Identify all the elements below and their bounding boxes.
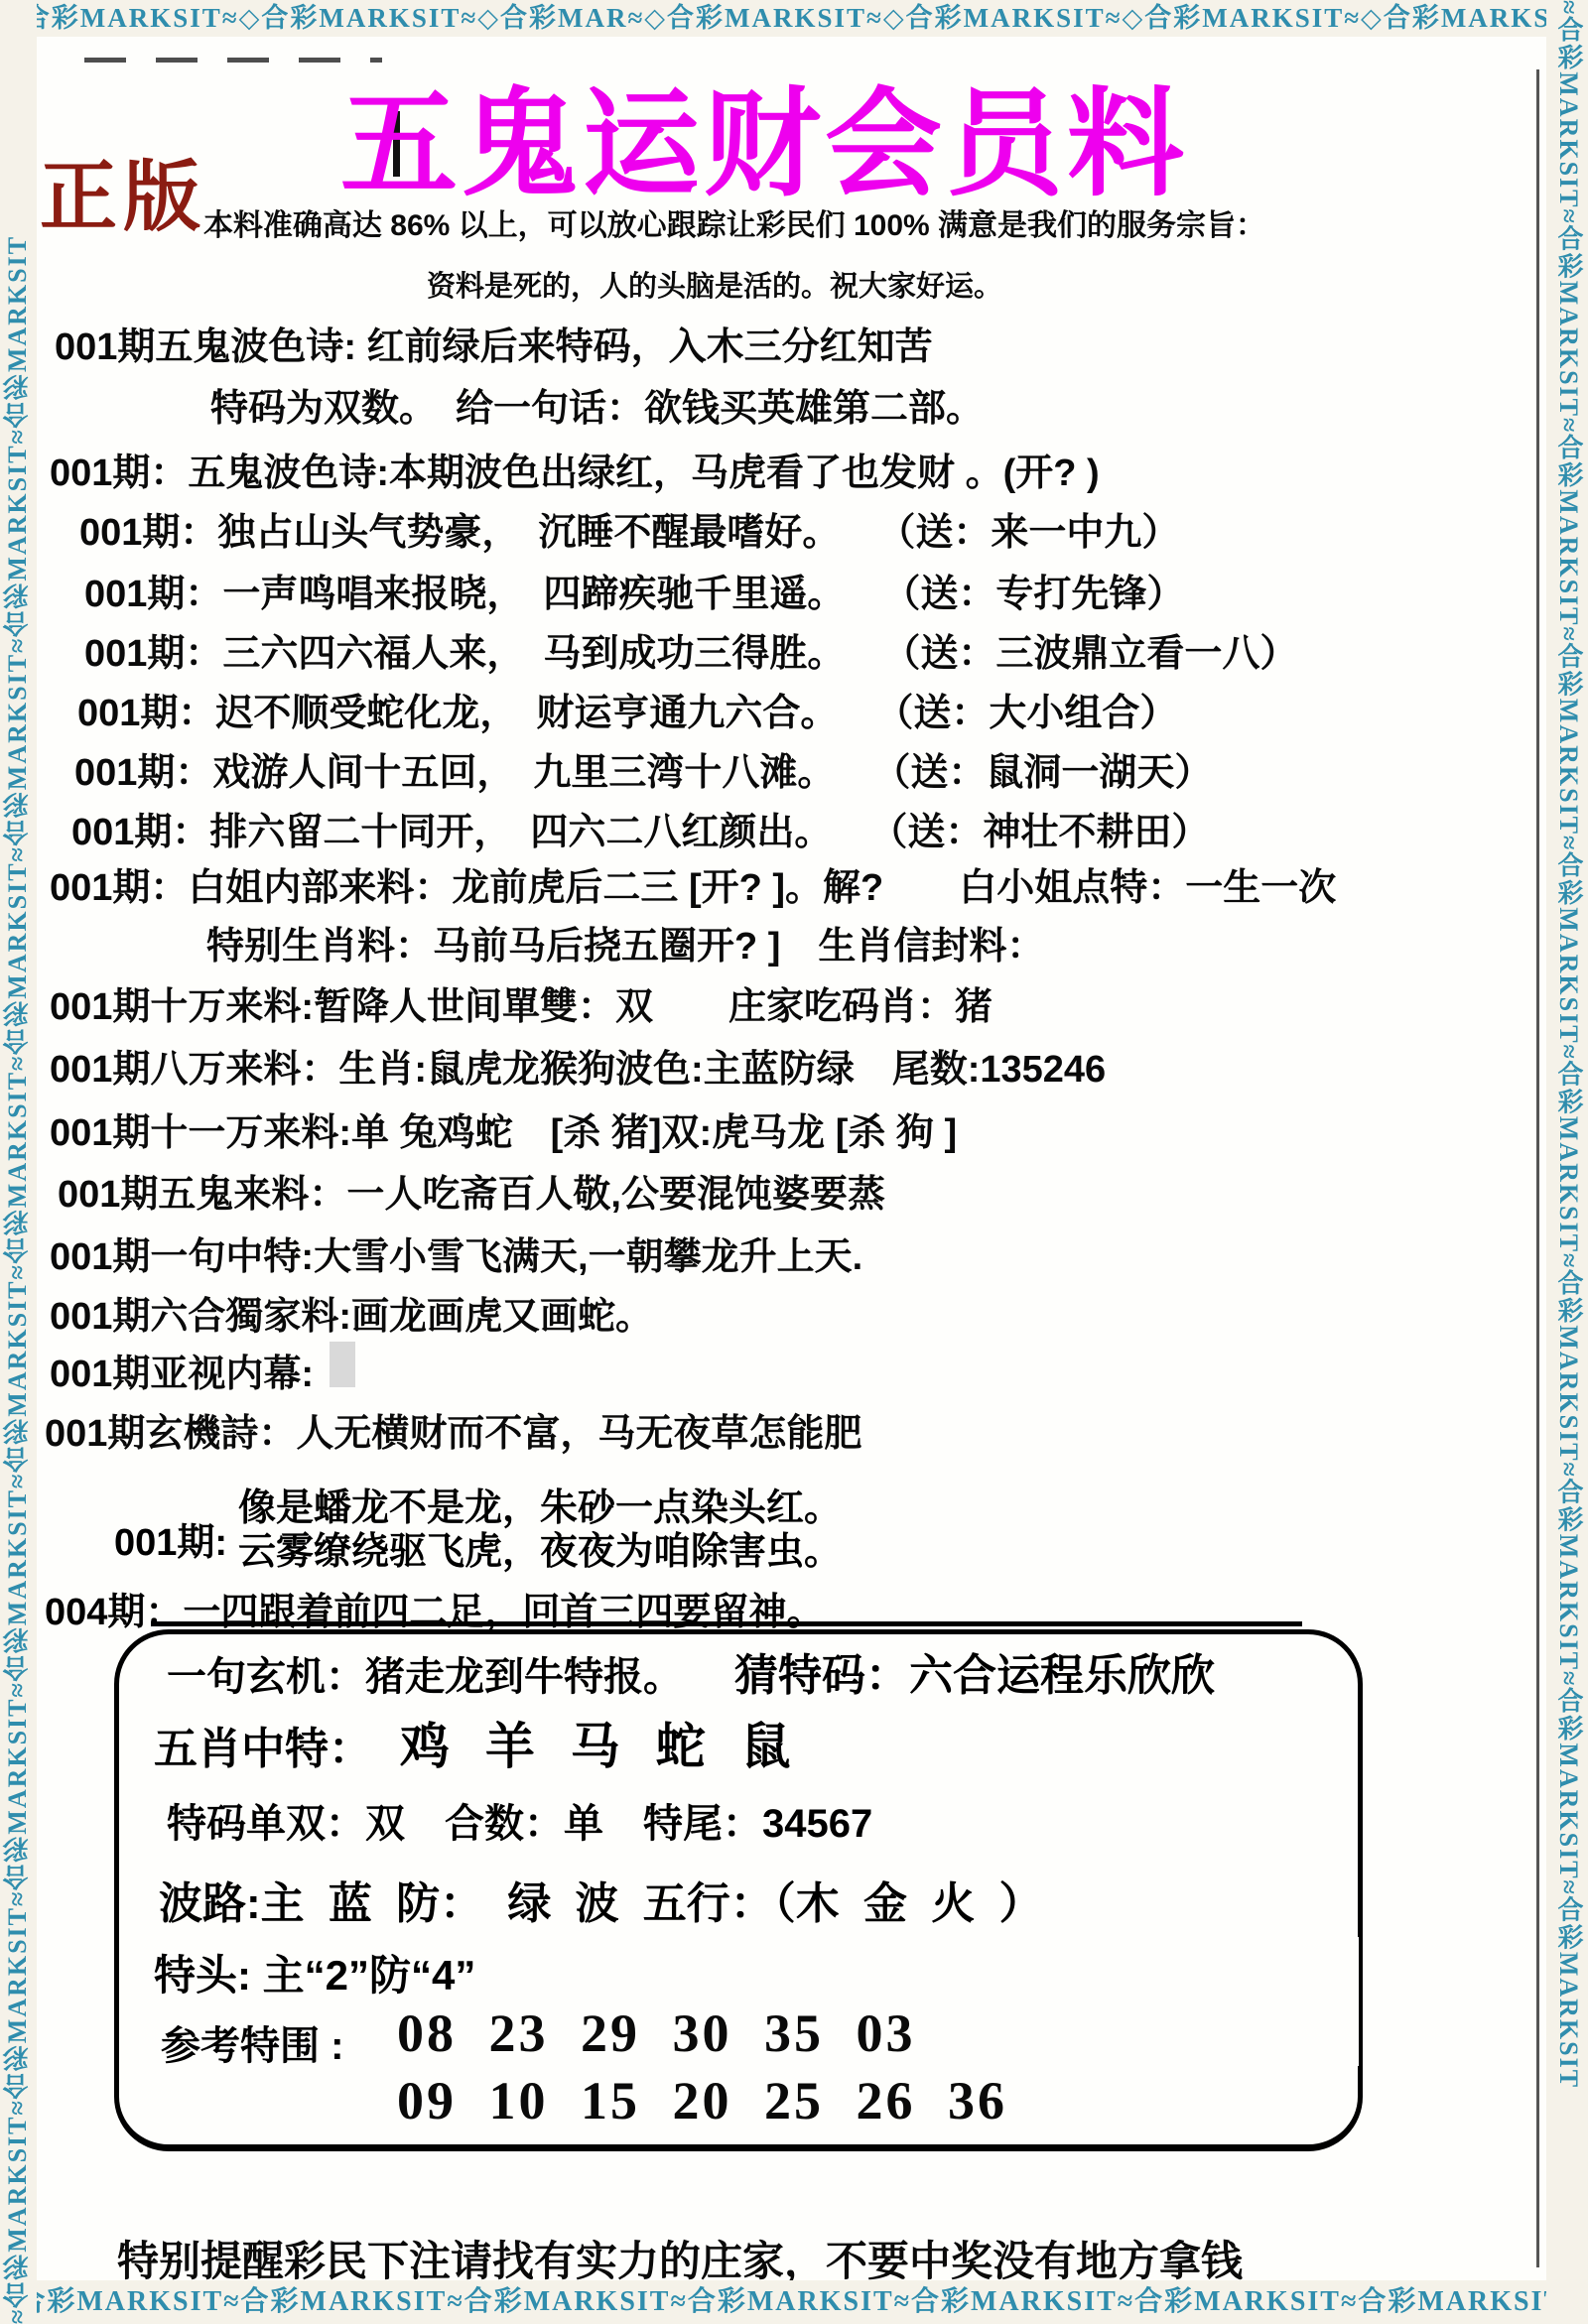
tip-row-boseshi2: 001期：五鬼波色诗:本期波色出绿红，马虎看了也发财 。(开? ) [50,442,1100,496]
tip-row-verse-6: 001期：排六留二十同开， 四六二八红颜出。 （送：神壮不耕田） [71,801,1209,855]
tip-sheet-page: ◇合彩MARKSIT≈◇合彩MARKSIT≈◇合彩MAR≈◇合彩MARKSIT≈… [0,0,1588,2324]
cankao-label: 参考特围 : [161,2014,343,2071]
scan-edge-line [1536,69,1539,2267]
poem-period-label: 001期: [114,1511,227,1566]
watermark-border-right: ≈合彩MARKSIT≈合彩MARKSIT≈合彩MARKSIT≈合彩MARKSIT… [1546,0,1588,2324]
accuracy-subtitle: 本料准确高达 86% 以上，可以放心跟踪让彩民们 100% 满意是我们的服务宗旨… [0,200,1469,244]
box-tetou-line: 特头: 主“2”防“4” [154,1943,475,2002]
box-bolu-line: 波路:主 蓝 防： 绿 波 五行：（木 金 火 ） [159,1868,1042,1931]
tip-row-shengxiao: 特别生肖料：马前马后挠五圈开? ] 生肖信封料： [206,915,1044,969]
box-wuxiao-line: 五肖中特：鸡 羊 马 蛇 鼠 [154,1707,791,1778]
box-border-gap [1345,1937,1359,2066]
xuanji-text: 一句玄机：猪走龙到牛特报。 [167,1655,683,1699]
tip-row-verse-4: 001期：迟不顺受蛇化龙， 财运亨通九六合。 （送：大小组合） [77,682,1177,736]
cai-teme-text: 猜特码：六合运程乐欣欣 [734,1651,1215,1700]
tip-row-verse-5: 001期：戏游人间十五回， 九里三湾十八滩。 （送：鼠洞一湖天） [74,741,1212,796]
tip-row-shiwan: 001期十万来料:暂降人世间單雙：双 庄家吃码肖：猪 [50,975,992,1030]
box-top-line [151,1621,1302,1626]
wuxiao-values: 鸡 羊 马 蛇 鼠 [400,1719,791,1774]
tip-row-verse-2: 001期：一声鸣唱来报晓， 四蹄疾驰千里遥。 （送：专打先锋） [84,563,1184,617]
scan-smudge [330,1342,355,1387]
tip-row-wugui: 001期五鬼来料：一人吃斋百人敬,公要混饨婆要蒸 [58,1163,885,1218]
reference-numbers-line1: 08 23 29 30 35 03 [397,2002,916,2064]
page-title: 五鬼运财会员料 [0,50,1528,218]
tip-row-boseshi-cont: 特码为双数。 给一句话：欲钱买英雄第二部。 [210,377,984,432]
watermark-border-top: ◇合彩MARKSIT≈◇合彩MARKSIT≈◇合彩MAR≈◇合彩MARKSIT≈… [0,0,1588,37]
tip-row-yiju-zhongte: 001期一句中特:大雪小雪飞满天,一朝攀龙升上天. [50,1226,862,1280]
reference-numbers-line2: 09 10 15 20 25 26 36 [397,2070,1007,2131]
tip-row-bawan: 001期八万来料：生肖:鼠虎龙猴狗波色:主蓝防绿 尾数:135246 [50,1038,1106,1093]
scan-edge-dashes [84,58,382,63]
tip-row-shiyiwan: 001期十一万来料:单 兔鸡蛇 [杀 猪]双:虎马龙 [杀 狗 ] [50,1101,957,1156]
box-xuanji-line: 一句玄机：猪走龙到牛特报。猜特码：六合运程乐欣欣 [167,1639,1215,1703]
tip-row-verse-3: 001期：三六四六福人来， 马到成功三得胜。 （送：三波鼎立看一八） [84,622,1297,677]
wuxiao-label: 五肖中特： [154,1725,372,1773]
poem-line-2: 云雾缭绕驱飞虎，夜夜为咱除害虫。 [238,1520,842,1575]
footer-warning: 特别提醒彩民下注请找有实力的庄家，不要中奖没有地方拿钱 [117,2229,1243,2288]
watermark-border-left: ≈合彩MARKSIT≈合彩MARKSIT≈合彩MARKSIT≈合彩MARKSIT… [0,0,37,2324]
tip-row-boseshi: 001期五鬼波色诗: 红前绿后来特码，入木三分红知苦 [55,316,933,370]
watermark-border-bottom: ≈合彩MARKSIT≈合彩MARKSIT≈合彩MARKSIT≈合彩MARKSIT… [0,2280,1588,2324]
tip-row-yashi-neimu: 001期亚视内幕: [50,1343,314,1397]
tip-row-liuhe-dujia: 001期六合獨家料:画龙画虎又画蛇。 [50,1285,653,1340]
tip-row-004: 004期：一四跟着前四二足，回首三四要留神。 [45,1581,824,1635]
box-danshuang-line: 特码单双：双 合数：单 特尾：34567 [167,1792,872,1849]
tip-row-xuanji-shi: 001期玄機詩：人无横财而不富，马无夜草怎能肥 [45,1402,861,1457]
tip-row-baijie: 001期：白姐内部来料：龙前虎后二三 [开? ]。解? 白小姐点特：一生一次 [50,856,1336,911]
motto-subtitle: 资料是死的，人的头脑是活的。祝大家好运。 [0,264,1429,305]
tip-row-verse-1: 001期：独占山头气势豪， 沉睡不醒最嗜好。 （送：来一中九） [79,501,1179,556]
